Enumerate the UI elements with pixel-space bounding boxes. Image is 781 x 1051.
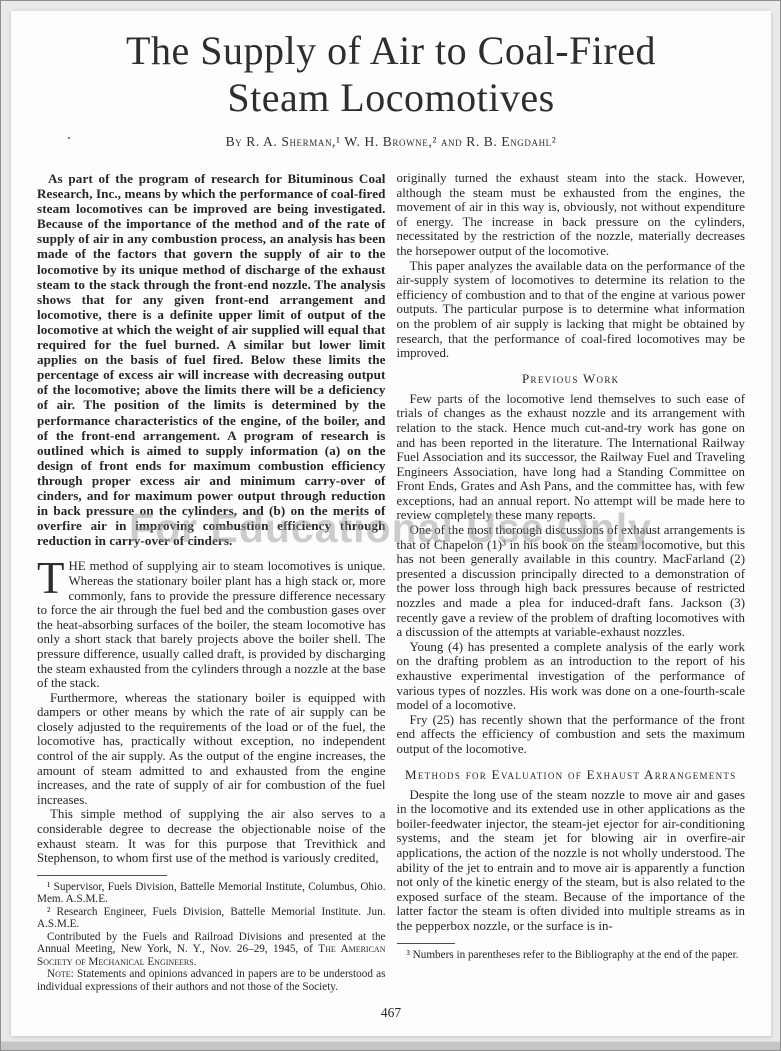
scan-speck <box>68 137 70 139</box>
paragraph: This paper analyzes the available data o… <box>397 259 746 361</box>
footnote-3: ³ Numbers in parentheses refer to the Bi… <box>397 949 746 962</box>
left-column: As part of the program of research for B… <box>37 171 386 993</box>
paragraph: One of the most thorough discussions of … <box>397 523 746 640</box>
page-title-line1: The Supply of Air to Coal-Fired <box>11 27 771 74</box>
paragraph: Few parts of the locomotive lend themsel… <box>397 392 746 523</box>
right-footnotes: ³ Numbers in parentheses refer to the Bi… <box>397 949 746 962</box>
byline: By R. A. Sherman,¹ W. H. Browne,² and R.… <box>11 134 771 150</box>
page-title: The Supply of Air to Coal-Fired Steam Lo… <box>11 27 771 121</box>
page-title-line2: Steam Locomotives <box>11 74 771 121</box>
paragraph: Fry (25) has recently shown that the per… <box>397 713 746 757</box>
paper-page: The Supply of Air to Coal-Fired Steam Lo… <box>11 11 771 1036</box>
paragraph: Furthermore, whereas the stationary boil… <box>37 691 386 808</box>
right-column: originally turned the exhaust steam into… <box>397 171 746 993</box>
bottom-scan-bar <box>1 1041 780 1050</box>
footnote-rule <box>397 943 455 944</box>
abstract-paragraph: As part of the program of research for B… <box>37 171 386 548</box>
two-column-body: As part of the program of research for B… <box>11 171 771 993</box>
paragraph: Young (4) has presented a complete analy… <box>397 640 746 713</box>
footnote-1: ¹ Supervisor, Fuels Division, Battelle M… <box>37 881 386 906</box>
footnote-contributed: Contributed by the Fuels and Railroad Di… <box>37 931 386 969</box>
footnote-2: ² Research Engineer, Fuels Division, Bat… <box>37 906 386 931</box>
intro-paragraph-text: HE method of supplying air to steam loco… <box>37 559 386 690</box>
paragraph: Despite the long use of the steam nozzle… <box>397 788 746 934</box>
section-heading-methods: Methods for Evaluation of Exhaust Arrang… <box>397 767 746 783</box>
left-footnotes: ¹ Supervisor, Fuels Division, Battelle M… <box>37 881 386 994</box>
drop-cap: T <box>37 560 69 597</box>
intro-paragraph: THE method of supplying air to steam loc… <box>37 559 386 690</box>
scanned-paper-screenshot: The Supply of Air to Coal-Fired Steam Lo… <box>0 0 781 1051</box>
footnote-rule <box>37 875 167 876</box>
page-number: 467 <box>11 1005 771 1021</box>
note-label: Note: <box>47 968 74 980</box>
note-text: Statements and opinions advanced in pape… <box>37 968 386 993</box>
paragraph: This simple method of supplying the air … <box>37 807 386 865</box>
footnote-note: Note: Statements and opinions advanced i… <box>37 968 386 993</box>
paragraph: originally turned the exhaust steam into… <box>397 171 746 259</box>
section-heading-previous-work: Previous Work <box>397 371 746 387</box>
